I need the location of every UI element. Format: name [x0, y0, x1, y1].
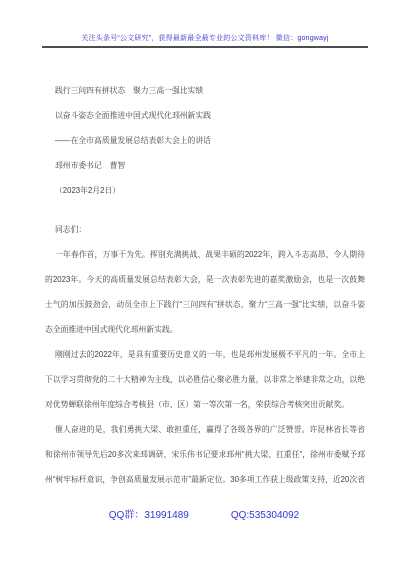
title-line-1: 践行三问四有拼状态 聚力三高一强比实绩	[45, 78, 365, 103]
paragraph-3: 催人奋进的是，我们勇挑大梁、敢担重任，赢得了各级各界的广泛赞誉。许昆林省长等省和…	[45, 417, 365, 492]
page-header: 关注头条号“公文研究”，获得最新最全最专业的公文资料库！ 微信：gongwayj	[42, 0, 368, 48]
title-line-2: 以奋斗姿态全面推进中国式现代化邳州新实践	[45, 103, 365, 128]
header-notice-text: 关注头条号“公文研究”，获得最新最全最专业的公文资料库！ 微信：gongwayj	[42, 33, 368, 43]
salutation: 同志们：	[45, 217, 365, 242]
page-footer: QQ群：31991489QQ:535304092	[0, 506, 408, 521]
qq-group-contact: QQ群：31991489	[109, 510, 189, 521]
qq-contact: QQ:535304092	[231, 510, 299, 521]
paragraph-2: 刚刚过去的2022年，是具有重要历史意义的一年，也是邳州发展极不平凡的一年。全市…	[45, 342, 365, 417]
document-page: 关注头条号“公文研究”，获得最新最全最专业的公文资料库！ 微信：gongwayj…	[0, 0, 408, 580]
byline: 邳州市委书记 曹智	[45, 153, 365, 178]
paragraph-1: 一年春作首，万事干为先。挥别充满挑战、战果丰硕的2022年，跨入斗志高昂、令人期…	[45, 242, 365, 342]
document-body: 践行三问四有拼状态 聚力三高一强比实绩 以奋斗姿态全面推进中国式现代化邳州新实践…	[45, 78, 365, 492]
date-line: （2023年2月2日）	[45, 178, 365, 203]
subtitle: ——在全市高质量发展总结表彰大会上的讲话	[45, 128, 365, 153]
